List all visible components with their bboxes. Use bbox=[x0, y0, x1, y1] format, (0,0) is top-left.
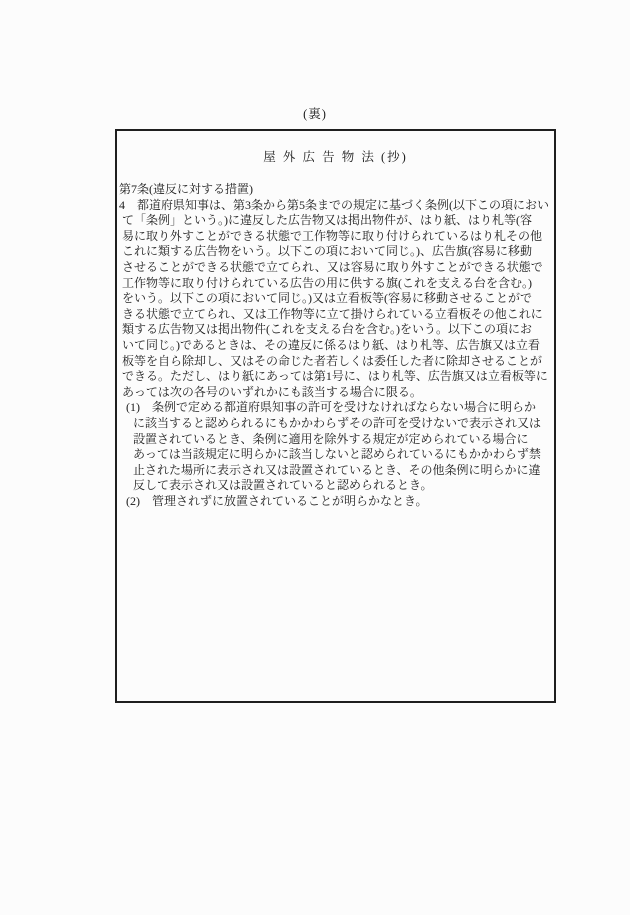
text-line: させることができる状態で立てられ、又は容易に取り外すことができる状態で bbox=[119, 260, 553, 276]
text-line: に該当すると認められるにもかかわらずその許可を受けないで表示され又は bbox=[119, 416, 553, 432]
article-body: 第7条(違反に対する措置) 4 都道府県知事は、第3条から第5条までの規定に基づ… bbox=[117, 182, 554, 509]
text-line: 止された場所に表示され又は設置されているとき、その他条例に明らかに違 bbox=[119, 463, 553, 479]
text-line: これに類する広告物をいう。以下この項において同じ。)、広告旗(容易に移動 bbox=[119, 244, 553, 260]
text-line: 類する広告物又は掲出物件(これを支える台を含む。)をいう。以下この項にお bbox=[119, 322, 553, 338]
text-line: きる状態で立てられ、又は工作物等に立て掛けられている立看板その他これに bbox=[119, 307, 553, 323]
text-line: (1) 条例で定める都道府県知事の許可を受けなければならない場合に明らか bbox=[119, 400, 553, 416]
text-line: 設置されているとき、条例に適用を除外する規定が定められている場合に bbox=[119, 432, 553, 448]
text-line: あっては次の各号のいずれかにも該当する場合に限る。 bbox=[119, 385, 553, 401]
text-line: できる。ただし、はり紙にあっては第1号に、はり札等、広告旗又は立看板等に bbox=[119, 369, 553, 385]
text-line: 板等を自ら除却し、又はその命じた者若しくは委任した者に除却させることが bbox=[119, 354, 553, 370]
text-line: 反して表示され又は設置されていると認められるとき。 bbox=[119, 478, 553, 494]
text-line: いて同じ。)であるときは、その違反に係るはり紙、はり札等、広告旗又は立看 bbox=[119, 338, 553, 354]
page: { "page": { "side_label": "(裏)", "bg_col… bbox=[0, 0, 630, 915]
page-side-label: (裏) bbox=[0, 104, 630, 122]
text-line: 4 都道府県知事は、第3条から第5条までの規定に基づく条例(以下この項におい bbox=[119, 198, 553, 214]
text-line: をいう。以下この項において同じ。)又は立看板等(容易に移動させることがで bbox=[119, 291, 553, 307]
text-line: 工作物等に取り付けられている広告の用に供する旗(これを支える台を含む。) bbox=[119, 276, 553, 292]
document-title: 屋 外 広 告 物 法 (抄) bbox=[117, 147, 554, 165]
document-frame: 屋 外 広 告 物 法 (抄) 第7条(違反に対する措置) 4 都道府県知事は、… bbox=[115, 129, 556, 703]
text-line: 易に取り外すことができる状態で工作物等に取り付けられているはり札その他 bbox=[119, 229, 553, 245]
text-line: あっては当該規定に明らかに該当しないと認められているにもかかわらず禁 bbox=[119, 447, 553, 463]
text-line: (2) 管理されずに放置されていることが明らかなとき。 bbox=[119, 494, 553, 510]
article-heading: 第7条(違反に対する措置) bbox=[119, 182, 553, 198]
article-lines: 4 都道府県知事は、第3条から第5条までの規定に基づく条例(以下この項において「… bbox=[119, 198, 553, 510]
text-line: て「条例」という。)に違反した広告物又は掲出物件が、はり紙、はり札等(容 bbox=[119, 213, 553, 229]
